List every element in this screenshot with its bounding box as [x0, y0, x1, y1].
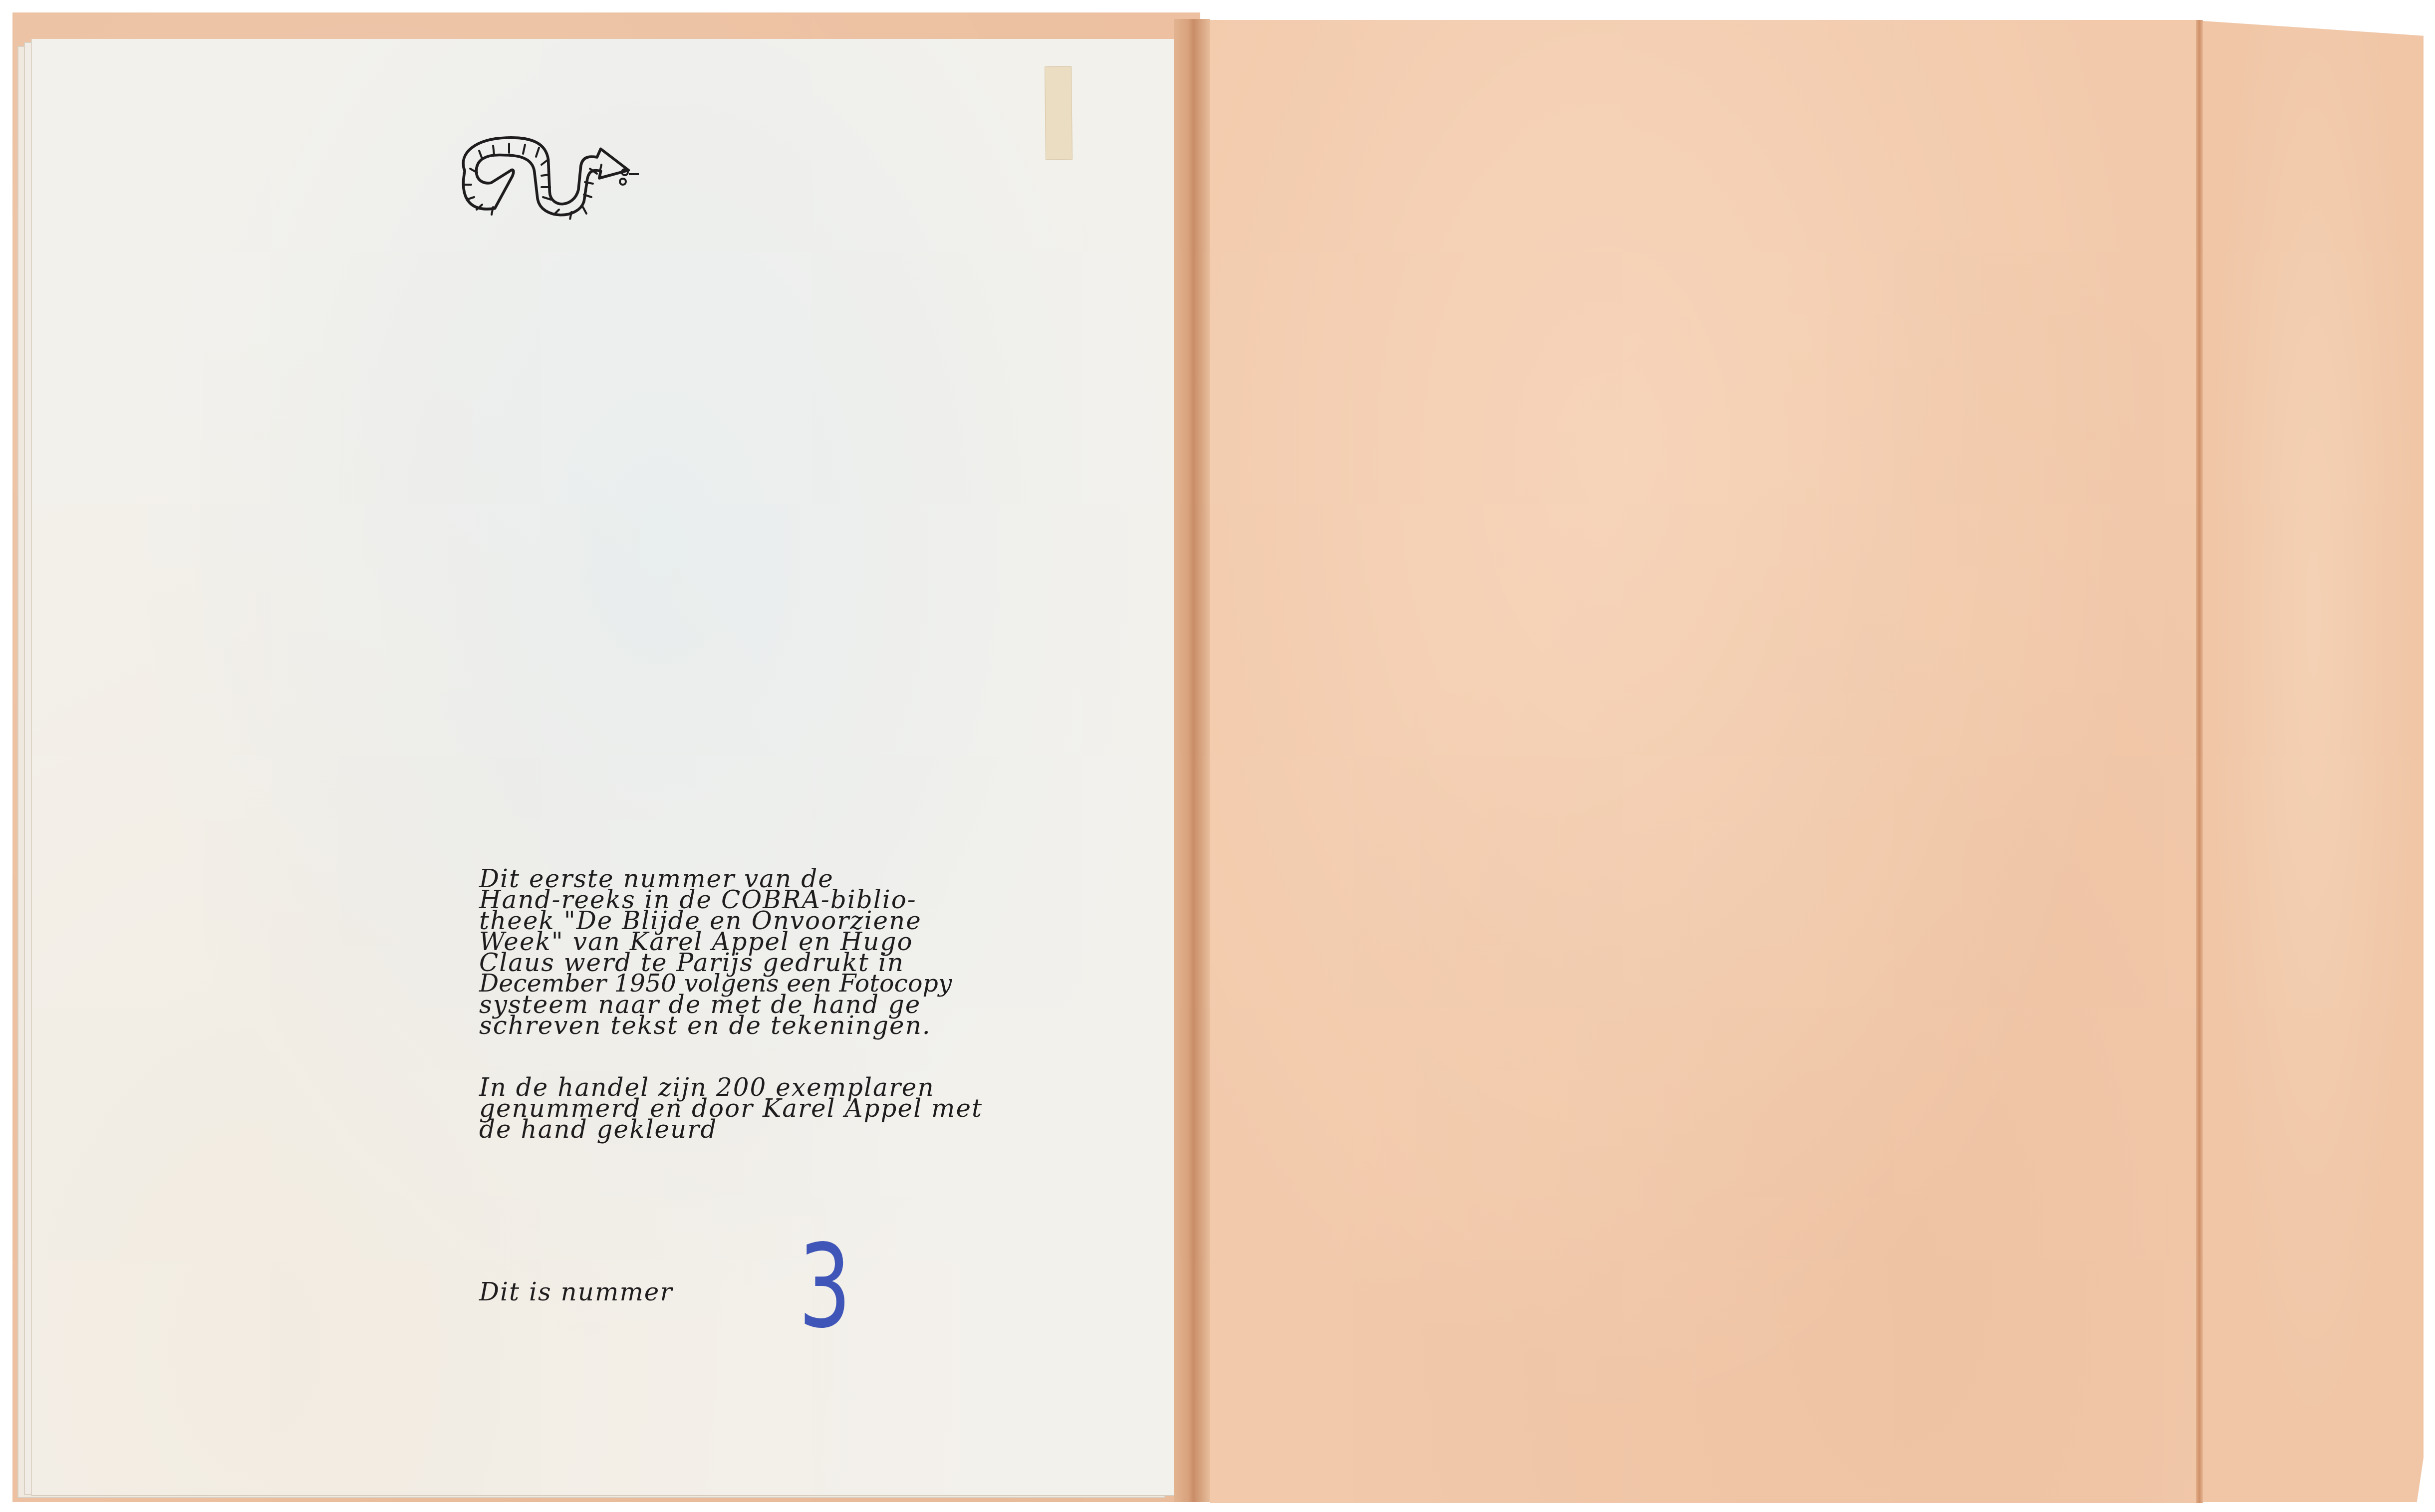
- colophon-text: Dit eerste nummer van de Hand-reeks in d…: [479, 868, 1078, 1140]
- right-cover-inside: [1210, 20, 2198, 1503]
- cover-fold-line: [2196, 20, 2203, 1503]
- cover-flap: [2203, 21, 2424, 1502]
- colophon-line: schreven tekst en de tekeningen.: [479, 1015, 1078, 1036]
- tape-strip: [1045, 66, 1073, 160]
- book-spine: [1174, 19, 1210, 1502]
- open-book: Dit eerste nummer van de Hand-reeks in d…: [0, 0, 2435, 1512]
- copy-number-label: Dit is nummer: [479, 1277, 673, 1306]
- copy-number-value: 3: [799, 1233, 851, 1342]
- snake-drawing-icon: [439, 130, 639, 220]
